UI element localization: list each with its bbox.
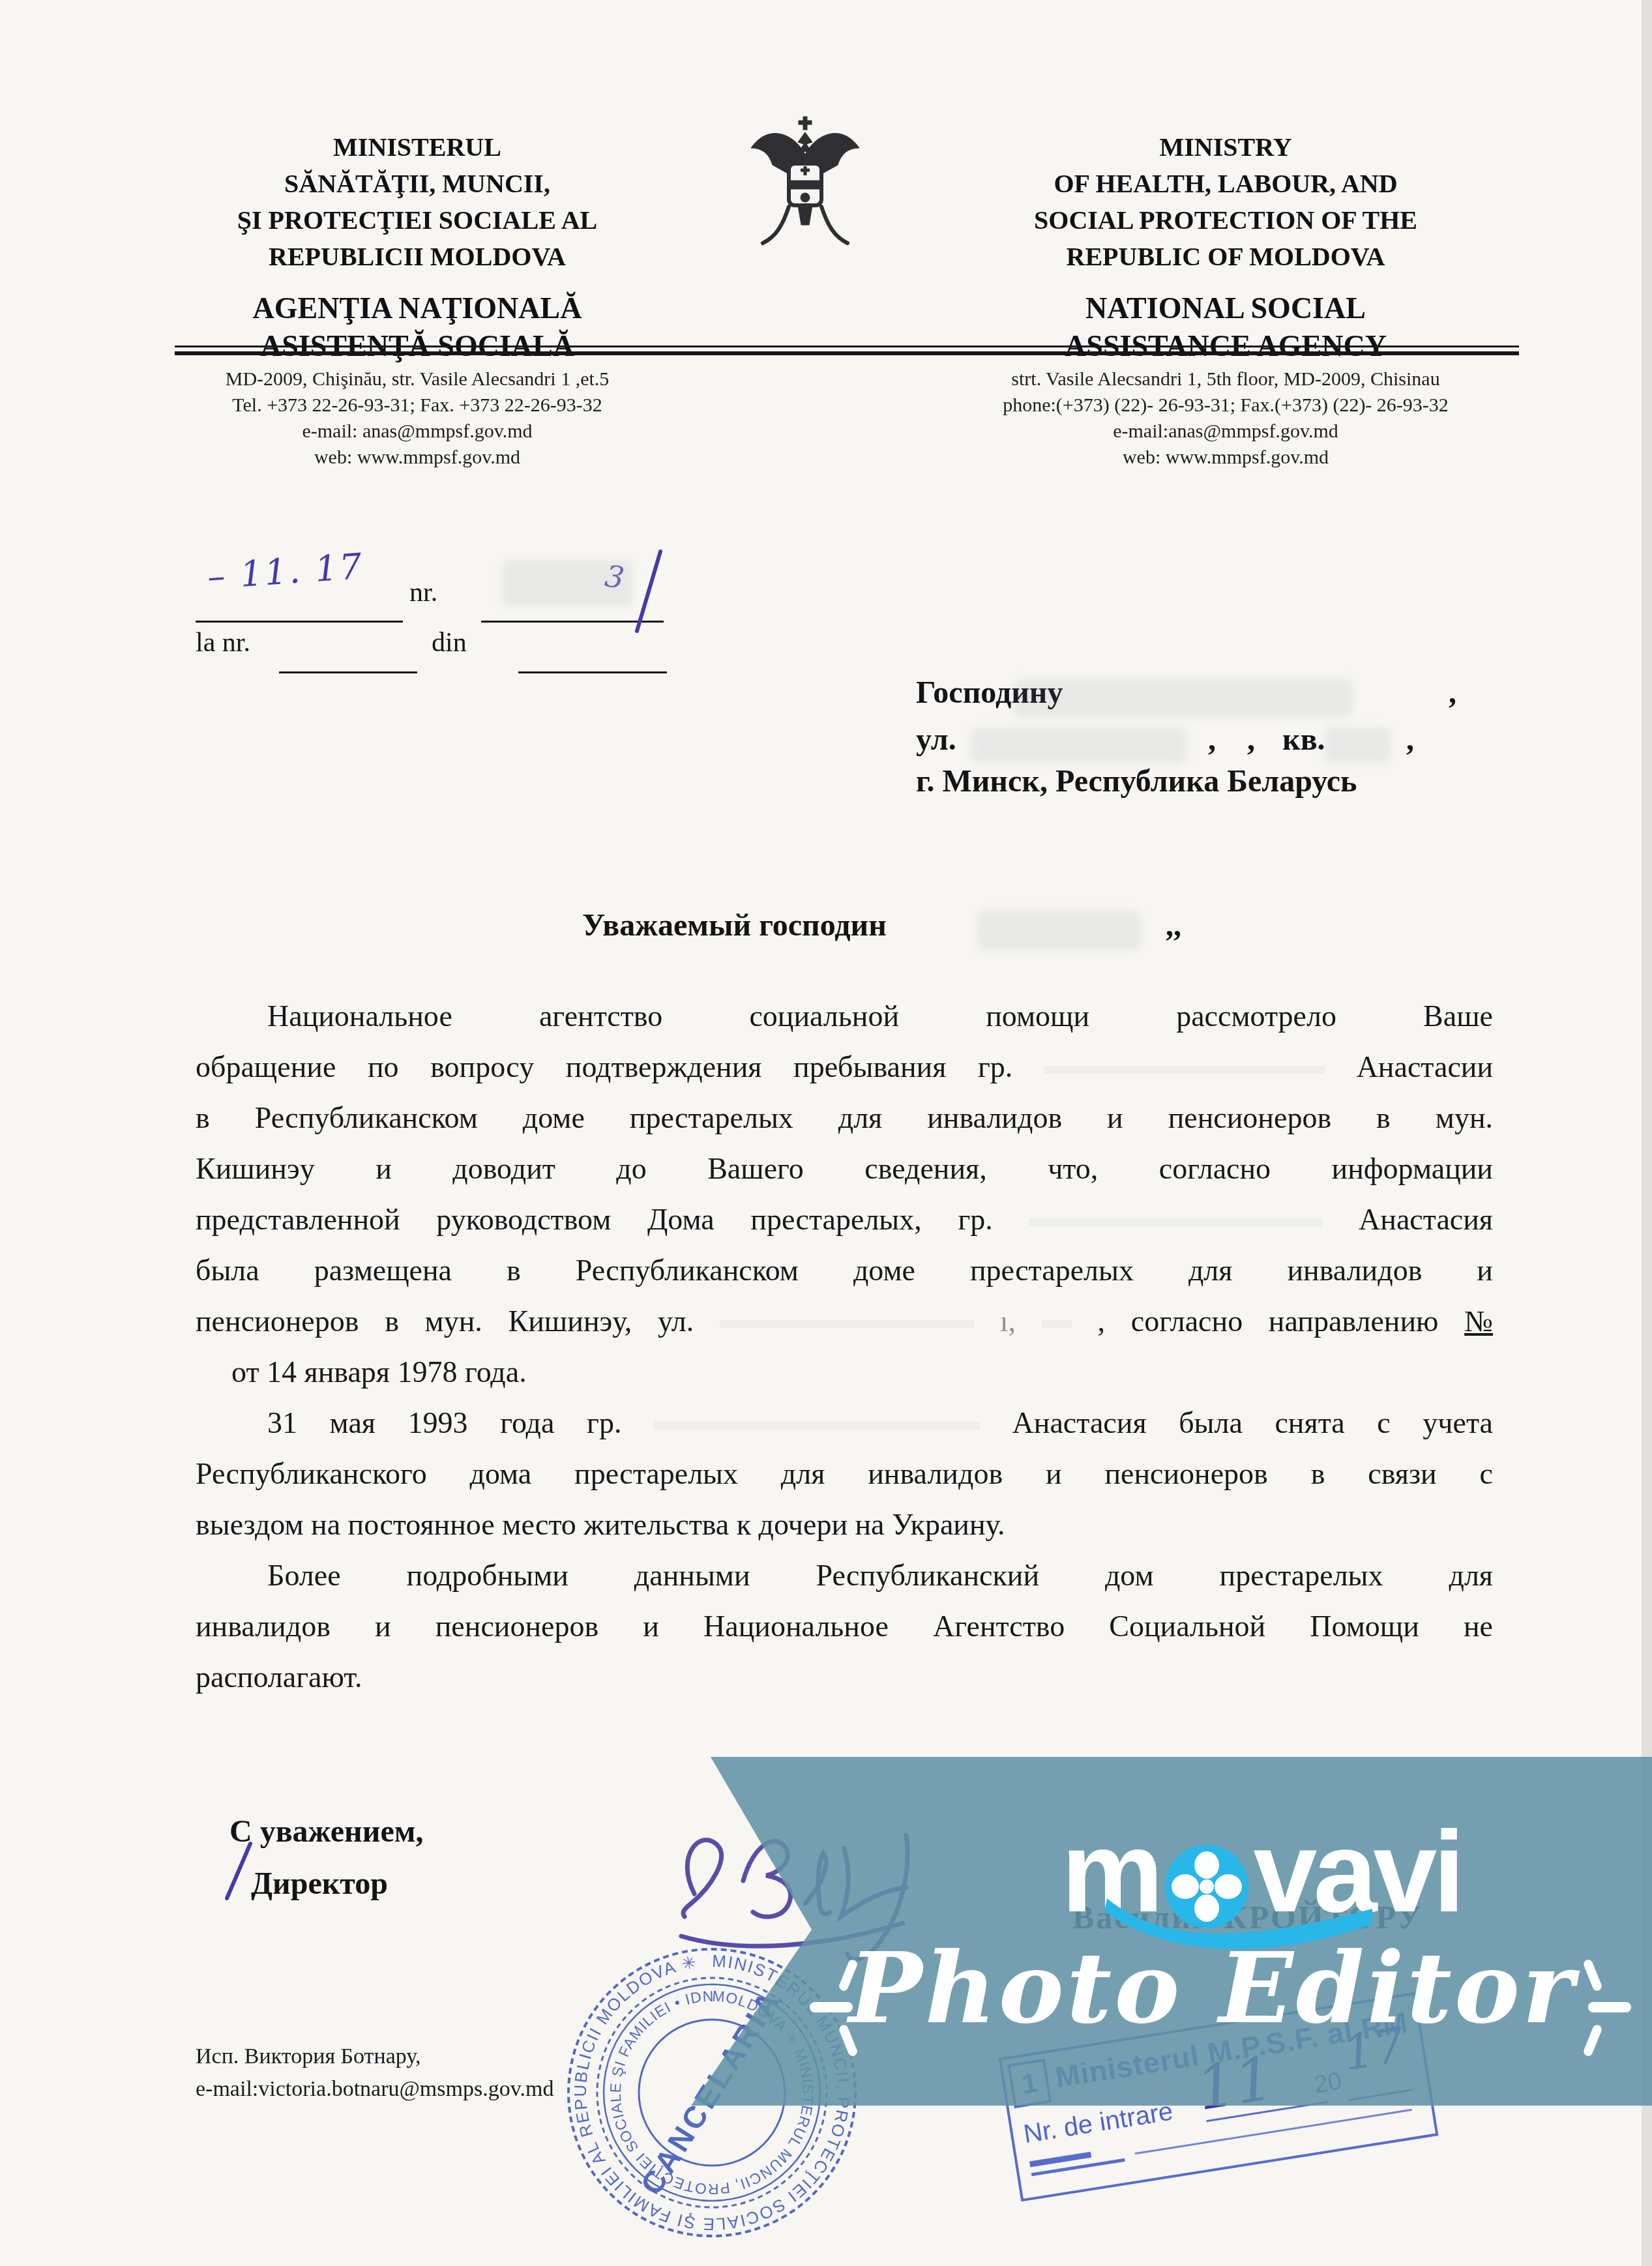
moldova-coat-of-arms-icon bbox=[743, 108, 867, 264]
rect-stamp-mark bbox=[1135, 2109, 1412, 2155]
nr-label: nr. bbox=[409, 577, 437, 608]
redacted-recipient-name bbox=[1014, 679, 1353, 717]
letter-body: Национальное агентство социальной помощи… bbox=[196, 991, 1493, 1703]
redacted-gap bbox=[654, 1422, 980, 1430]
ministry-line: REPUBLICII MOLDOVA bbox=[189, 239, 645, 275]
address-line: strt. Vasile Alecsandri 1, 5th floor, MD… bbox=[945, 366, 1506, 392]
body-text: выездом на постоянное место жительства к… bbox=[196, 1508, 1005, 1541]
agency-address-ro: MD-2009, Chişinău, str. Vasile Alecsandr… bbox=[170, 366, 665, 471]
body-line: Национальное агентство социальной помощи… bbox=[196, 991, 1493, 1042]
redacted-gap bbox=[1029, 1218, 1322, 1226]
ministry-name-ro: MINISTERULSĂNĂTĂŢII, MUNCII,ŞI PROTECŢIE… bbox=[189, 129, 645, 275]
body-text: Анастасия была снята с учета bbox=[1012, 1406, 1493, 1439]
watermark-left-flourish bbox=[810, 1959, 872, 2057]
body-text: располагают. bbox=[196, 1660, 362, 1694]
body-text: Республиканского дома престарелых для ин… bbox=[196, 1457, 1493, 1490]
ministry-line: SĂNĂTĂŢII, MUNCII, bbox=[189, 166, 645, 202]
director-title: Директор bbox=[251, 1866, 388, 1902]
redacted-salutation-name bbox=[978, 911, 1141, 950]
body-text: от 14 января 1978 года. bbox=[231, 1355, 527, 1389]
body-line: была размещена в Республиканском доме пр… bbox=[196, 1245, 1493, 1296]
body-line: Республиканского дома престарелых для ин… bbox=[196, 1449, 1493, 1499]
redacted-gap bbox=[1044, 1066, 1325, 1074]
recipient-text: ул. bbox=[916, 722, 956, 758]
watermark-product-name: Photo Editor bbox=[818, 1931, 1607, 2046]
recipient-text: кв. bbox=[1282, 722, 1325, 758]
body-line: инвалидов и пенсионеров и Национальное А… bbox=[196, 1601, 1493, 1652]
body-line: пенсионеров в мун. Кишинэу, ул. ı, , сог… bbox=[196, 1296, 1493, 1347]
body-text: ı, bbox=[1000, 1304, 1016, 1338]
agency-line: AGENŢIA NAŢIONALĂ bbox=[189, 289, 645, 327]
address-line: Tel. +373 22-26-93-31; Fax. +373 22-26-9… bbox=[170, 392, 665, 419]
salutation-commas: ,, bbox=[1166, 907, 1181, 943]
address-line: e-mail: anas@mmpsf.gov.md bbox=[170, 419, 665, 445]
redacted-apartment bbox=[1325, 728, 1390, 763]
redacted-gap bbox=[720, 1320, 974, 1328]
redacted-gap bbox=[1042, 1320, 1072, 1328]
ministry-name-en: MINISTRYOF HEALTH, LABOUR, ANDSOCIAL PRO… bbox=[965, 129, 1486, 275]
body-line: обращение по вопросу подтверждения пребы… bbox=[196, 1042, 1493, 1093]
ministry-line: ŞI PROTECŢIEI SOCIALE AL bbox=[189, 202, 645, 239]
la-nr-underline bbox=[279, 671, 417, 673]
body-text: представленной руководством Дома престар… bbox=[196, 1203, 993, 1236]
handwritten-ref-number: – 11. 17 bbox=[206, 546, 365, 598]
body-text: , согласно направлению bbox=[1098, 1304, 1439, 1338]
executor-name: Исп. Виктория Ботнару, bbox=[196, 2042, 420, 2072]
recipient-text: , bbox=[1247, 722, 1255, 758]
body-text: Более подробными данными Республиканский… bbox=[267, 1559, 1493, 1592]
body-line: в Республиканском доме престарелых для и… bbox=[196, 1093, 1493, 1143]
agency-address-en: strt. Vasile Alecsandri 1, 5th floor, MD… bbox=[945, 366, 1506, 471]
watermark-right-flourish bbox=[1570, 1959, 1632, 2057]
body-line: от 14 января 1978 года. bbox=[196, 1347, 1493, 1398]
address-line: phone:(+373) (22)- 26-93-31; Fax.(+373) … bbox=[945, 392, 1506, 419]
body-text: Анастасия bbox=[1359, 1203, 1493, 1236]
body-line: располагают. bbox=[196, 1652, 1493, 1703]
recipient-text: , bbox=[1406, 722, 1414, 758]
body-text: инвалидов и пенсионеров и Национальное А… bbox=[196, 1610, 1493, 1643]
recipient-text: г. Минск, Республика Беларусь bbox=[916, 763, 1357, 799]
address-line: web: www.mmpsf.gov.md bbox=[170, 445, 665, 471]
body-text: пенсионеров в мун. Кишинэу, ул. bbox=[196, 1304, 694, 1338]
body-text: Анастасии bbox=[1357, 1050, 1493, 1083]
recipient-text: , bbox=[1208, 722, 1216, 758]
ministry-line: REPUBLIC OF MOLDOVA bbox=[965, 239, 1486, 275]
body-line: Кишинэу и доводит до Вашего сведения, чт… bbox=[196, 1143, 1493, 1194]
body-text: обращение по вопросу подтверждения пребы… bbox=[196, 1050, 1012, 1083]
din-label: din bbox=[432, 627, 467, 658]
body-text: Национальное агентство социальной помощи… bbox=[267, 999, 1493, 1033]
la-nr-label: la nr. bbox=[196, 627, 250, 658]
handwritten-slash bbox=[623, 548, 668, 636]
body-text: Кишинэу и доводит до Вашего сведения, чт… bbox=[196, 1152, 1493, 1185]
agency-line: NATIONAL SOCIAL bbox=[965, 289, 1486, 327]
body-line: 31 мая 1993 года гр. Анастасия была снят… bbox=[196, 1398, 1493, 1449]
ministry-line: MINISTERUL bbox=[189, 129, 645, 166]
body-text: 31 мая 1993 года гр. bbox=[267, 1406, 621, 1439]
redacted-street bbox=[971, 728, 1187, 763]
ministry-line: SOCIAL PROTECTION OF THE bbox=[965, 202, 1486, 239]
address-line: MD-2009, Chişinău, str. Vasile Alecsandr… bbox=[170, 366, 665, 392]
recipient-text: , bbox=[1449, 675, 1456, 711]
body-text: была размещена в Республиканском доме пр… bbox=[196, 1254, 1493, 1287]
body-line: представленной руководством Дома престар… bbox=[196, 1194, 1493, 1245]
body-text: в Республиканском доме престарелых для и… bbox=[196, 1101, 1493, 1134]
ministry-line: OF HEALTH, LABOUR, AND bbox=[965, 166, 1486, 202]
address-line: e-mail:anas@mmpsf.gov.md bbox=[945, 419, 1506, 445]
body-line: Более подробными данными Республиканский… bbox=[196, 1550, 1493, 1601]
body-text: № bbox=[1464, 1304, 1493, 1338]
address-line: web: www.mmpsf.gov.md bbox=[945, 445, 1506, 471]
ministry-line: MINISTRY bbox=[965, 129, 1486, 166]
executor-email: e-mail:victoria.botnaru@msmps.gov.md bbox=[196, 2074, 553, 2104]
din-underline bbox=[518, 671, 667, 673]
letterhead-divider bbox=[175, 346, 1519, 355]
scanned-letter-page: MINISTERULSĂNĂTĂŢII, MUNCII,ŞI PROTECŢIE… bbox=[0, 0, 1652, 2266]
salutation-text: Уважаемый господин bbox=[582, 907, 887, 943]
ref-underline bbox=[196, 621, 403, 623]
body-line: выездом на постоянное место жительства к… bbox=[196, 1499, 1493, 1550]
